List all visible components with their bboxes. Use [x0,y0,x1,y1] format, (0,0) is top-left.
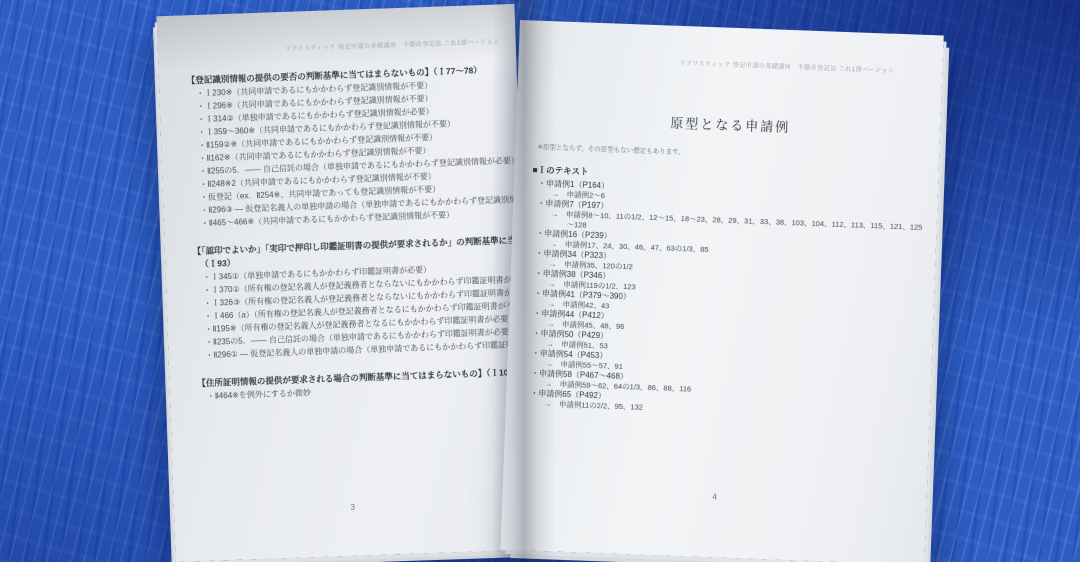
note-text: ※原型とならず、その原型もない想定もあります。 [533,142,925,165]
running-head-right: リアリスティック 登記申請の基礎講座 不動産登記法 これ1冊バージョン [536,21,929,76]
left-page: リアリスティック 登記申請の基礎講座 不動産登記法 これ1冊バージョン 【登記識… [157,4,534,562]
section-items: ・Ｉ230※（共同申請であるにもかかわらず登記識別情報が不要） ・Ｉ296※（共… [187,76,516,230]
right-page: リアリスティック 登記申請の基礎講座 不動産登記法 これ1冊バージョン 原型とな… [501,20,944,562]
section-items: ・Ｉ345①（単独申請であるにもかかわらず印鑑証明書が必要） ・Ｉ370①（所有… [193,260,520,362]
section-inkan-shomeisho: 【「認印でよいか」「実印で押印し印鑑証明書の提供が要求されるか」の判断基準に当て… [193,234,521,362]
section-jusho-shomei-joho: 【住所証明情報の提供が要求される場合の判断基準に当てはまらないもの】（Ｉ101）… [197,366,522,403]
page-number-right: 4 [503,485,927,510]
running-head-left: リアリスティック 登記申請の基礎講座 不動産登記法 これ1冊バージョン [185,4,510,56]
page-number-left: 3 [174,497,532,518]
carpet-background: リアリスティック 登記申請の基礎講座 不動産登記法 これ1冊バージョン 【登記識… [0,0,1080,562]
page-title: 原型となる申請例 [534,108,926,141]
left-page-content: リアリスティック 登記申請の基礎講座 不動産登記法 これ1冊バージョン 【登記識… [157,4,534,562]
application-example-list: ・申請例1（P164） → 申請例2～6 ・申請例7（P197） → 申請例8～… [524,179,924,423]
right-page-content: リアリスティック 登記申請の基礎講座 不動産登記法 これ1冊バージョン 原型とな… [501,20,944,562]
section-touki-shikibetsu-joho: 【登記識別情報の提供の要否の判断基準に当てはまらないもの】（Ｉ77～78） ・Ｉ… [187,63,516,230]
